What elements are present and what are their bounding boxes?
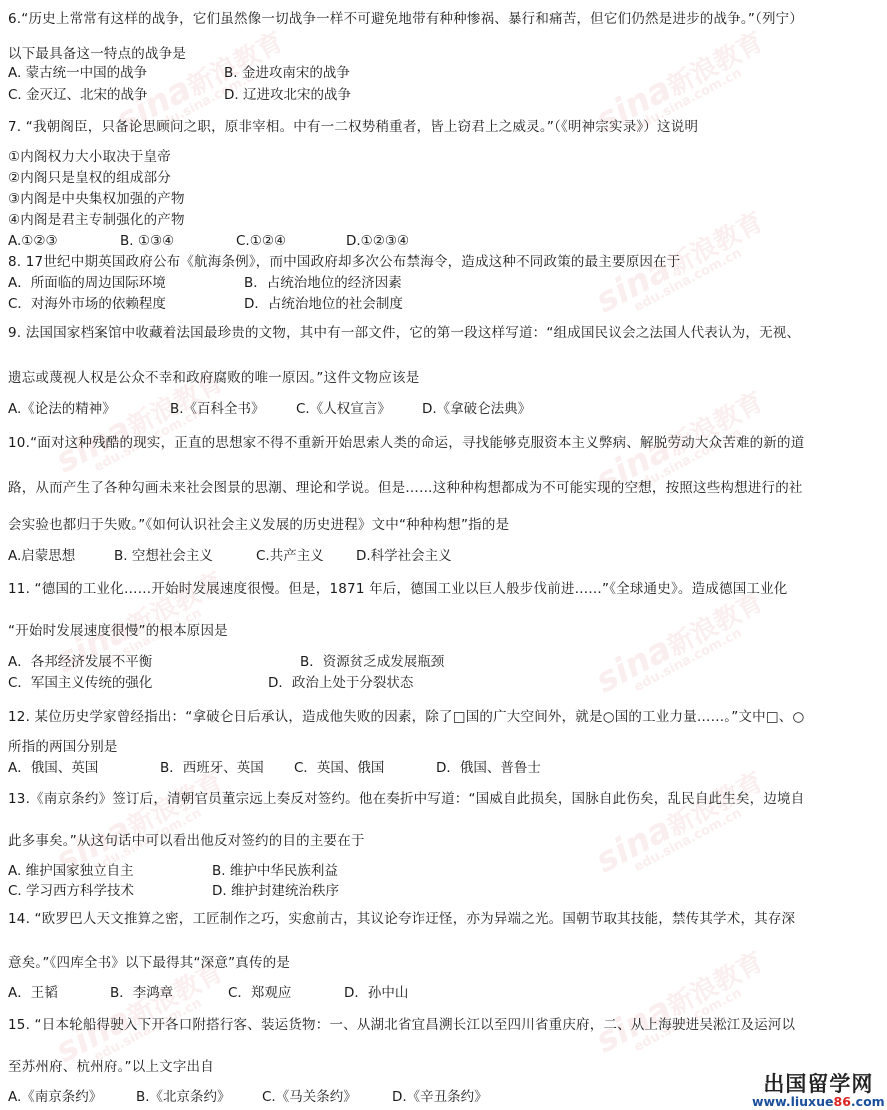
question-9-option-c: C.《人权宣言》: [296, 400, 391, 418]
question-6-stem: 以下最具备这一特点的战争是: [8, 45, 186, 63]
question-13-option-b: B. 维护中华民族利益: [212, 862, 338, 880]
question-12-stem: 12. 某位历史学家曾经指出：“拿破仑日后承认，造成他失败的因素，除了□国的广大…: [8, 708, 804, 726]
question-9-stem: 遗忘或蔑视人权是公众不幸和政府腐败的唯一原因。”这件文物应该是: [8, 369, 419, 387]
question-7-statement-2: ②内阁只是皇权的组成部分: [8, 169, 171, 187]
question-7-option-d: D.①②③④: [346, 232, 409, 250]
question-10-stem: 10.“面对这种残酷的现实，正直的思想家不得不重新开始思索人类的命运，寻找能够克…: [8, 434, 804, 452]
question-12-option-b: B．西班牙、英国: [160, 759, 264, 777]
question-6-option-a: A. 蒙古统一中国的战争: [8, 64, 147, 82]
question-15-stem: 15. “日本轮船得驶入下开各口附搭行客、装运货物：一、从湖北省宜昌溯长江以至四…: [8, 1016, 795, 1034]
question-15-option-a: A.《南京条约》: [8, 1088, 102, 1106]
question-14-stem: 14. “欧罗巴人天文推算之密，工匠制作之巧，实愈前古，其议论夸诈迂怪，亦为异端…: [8, 910, 795, 928]
question-7-statement-1: ①内阁权力大小取决于皇帝: [8, 148, 171, 166]
question-7-statement-3: ③内阁是中央集权加强的产物: [8, 190, 185, 208]
question-12-option-a: A．俄国、英国: [8, 759, 98, 777]
question-6-option-c: C. 金灭辽、北宋的战争: [8, 86, 148, 104]
question-7-option-a: A.①②③: [8, 232, 58, 250]
question-12-option-d: D．俄国、普鲁士: [436, 759, 541, 777]
question-12-stem: 所指的两国分别是: [8, 738, 118, 756]
question-8-option-c: C．对海外市场的依赖程度: [8, 295, 166, 313]
question-6-stem: 6.“历史上常常有这样的战争，它们虽然像一切战争一样不可避免地带有种种惨祸、暴行…: [8, 10, 803, 28]
question-14-stem: 意矣。”《四库全书》以下最得其“深意”真传的是: [8, 954, 290, 972]
question-15-option-d: D.《辛丑条约》: [392, 1088, 488, 1106]
question-9-stem: 9. 法国国家档案馆中收藏着法国最珍贵的文物，其中有一部文件，它的第一段这样写道…: [8, 324, 800, 342]
question-10-option-b: B. 空想社会主义: [114, 547, 213, 565]
question-14-option-a: A．王韬: [8, 984, 58, 1002]
question-11-stem: 11. “德国的工业化……开始时发展速度很慢。但是，1871 年后，德国工业以巨…: [8, 580, 788, 598]
question-11-option-d: D．政治上处于分裂状态: [268, 674, 413, 692]
question-10-option-a: A.启蒙思想: [8, 547, 75, 565]
question-14-option-d: D．孙中山: [344, 984, 408, 1002]
question-11-option-b: B．资源贫乏成发展瓶颈: [300, 653, 444, 671]
question-7-stem: 7. “我朝阁臣，只备论思顾问之职，原非宰相。中有一二权势稍重者，皆上窃君上之威…: [8, 118, 698, 136]
question-13-option-c: C. 学习西方科学技术: [8, 882, 134, 900]
question-9-option-a: A.《论法的精神》: [8, 400, 116, 418]
question-11-option-a: A．各邦经济发展不平衡: [8, 653, 152, 671]
question-7-option-c: C.①②④: [236, 232, 286, 250]
question-11-stem: “开始时发展速度很慢”的根本原因是: [8, 622, 228, 640]
question-13-option-a: A. 维护国家独立自主: [8, 862, 134, 880]
question-15-stem: 至苏州府、杭州府。”以上文字出自: [8, 1058, 214, 1076]
question-14-option-b: B．李鸿章: [110, 984, 173, 1002]
question-10-option-d: D.科学社会主义: [356, 547, 452, 565]
site-logo-url: www.liuxue86.com: [752, 1095, 885, 1109]
question-8-option-d: D．占统治地位的社会制度: [244, 295, 403, 313]
question-8-option-a: A．所面临的周边国际环境: [8, 274, 166, 292]
question-6-option-d: D. 辽进攻北宋的战争: [224, 86, 351, 104]
site-logo-title: 出国留学网: [752, 1073, 885, 1095]
question-12-option-c: C．英国、俄国: [294, 759, 384, 777]
question-10-stem: 会实验也都归于失败。”《如何认识社会主义发展的历史进程》文中“种种构想”指的是: [8, 516, 509, 534]
question-13-stem: 13.《南京条约》签订后，清朝官员董宗远上奏反对签约。他在奏折中写道：“国威自此…: [8, 790, 804, 808]
question-9-option-b: B.《百科全书》: [170, 400, 265, 418]
question-7-statement-4: ④内阁是君主专制强化的产物: [8, 211, 185, 229]
question-8-stem: 8. 17世纪中期英国政府公布《航海条例》，而中国政府却多次公布禁海令，造成这种…: [8, 253, 681, 271]
site-logo[interactable]: 出国留学网 www.liuxue86.com: [752, 1073, 885, 1109]
question-13-stem: 此多事矣。”从这句话中可以看出他反对签约的目的主要在于: [8, 832, 365, 850]
watermark: sina新浪教育edu.sina.com.cn: [589, 940, 774, 1069]
question-11-option-c: C．军国主义传统的强化: [8, 674, 152, 692]
watermark: sina新浪教育edu.sina.com.cn: [589, 760, 774, 889]
question-15-option-b: B.《北京条约》: [136, 1088, 231, 1106]
question-9-option-d: D.《拿破仑法典》: [422, 400, 531, 418]
question-15-option-c: C.《马关条约》: [262, 1088, 357, 1106]
question-7-option-b: B. ①③④: [120, 232, 174, 250]
question-13-option-d: D. 维护封建统治秩序: [212, 882, 339, 900]
question-6-option-b: B. 金进攻南宋的战争: [224, 64, 350, 82]
watermark: sina新浪教育edu.sina.com.cn: [589, 580, 774, 709]
question-8-option-b: B．占统治地位的经济因素: [244, 274, 402, 292]
question-14-option-c: C．郑观应: [228, 984, 291, 1002]
question-10-stem: 路，从而产生了各种勾画未来社会图景的思潮、理论和学说。但是……这种种构想都成为不…: [8, 479, 803, 497]
question-10-option-c: C.共产主义: [256, 547, 324, 565]
